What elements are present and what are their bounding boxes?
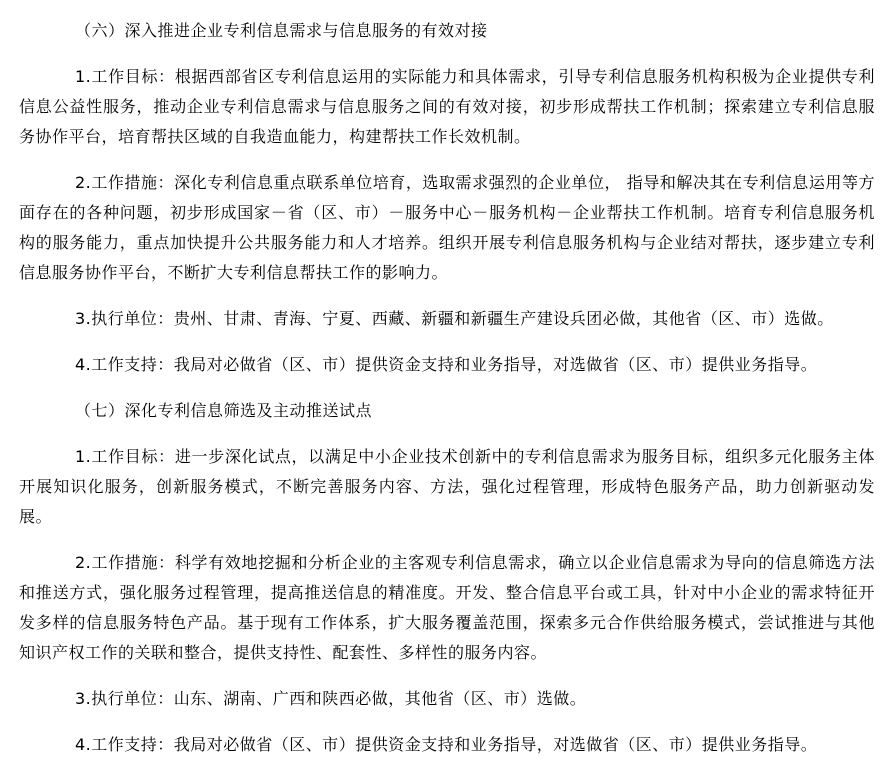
paragraph-6-executing-units: 3.执行单位：贵州、甘肃、青海、宁夏、西藏、新疆和新疆生产建设兵团必做，其他省（… [19,304,875,334]
document-page: （六）深入推进企业专利信息需求与信息服务的有效对接 1.工作目标：根据西部省区专… [0,0,894,760]
paragraph-7-work-measures: 2.工作措施：科学有效地挖掘和分析企业的主客观专利信息需求，确立以企业信息需求为… [19,548,875,668]
paragraph-6-work-support: 4.工作支持：我局对必做省（区、市）提供资金支持和业务指导，对选做省（区、市）提… [19,350,875,380]
paragraph-6-work-measures: 2.工作措施：深化专利信息重点联系单位培育，选取需求强烈的企业单位， 指导和解决… [19,168,875,288]
section-heading-7: （七）深化专利信息筛选及主动推送试点 [19,396,875,426]
paragraph-7-executing-units: 3.执行单位：山东、湖南、广西和陕西必做，其他省（区、市）选做。 [19,684,875,714]
paragraph-7-work-goal: 1.工作目标：进一步深化试点，以满足中小企业技术创新中的专利信息需求为服务目标，… [19,442,875,532]
paragraph-6-work-goal: 1.工作目标：根据西部省区专利信息运用的实际能力和具体需求，引导专利信息服务机构… [19,62,875,152]
section-heading-6: （六）深入推进企业专利信息需求与信息服务的有效对接 [19,16,875,46]
